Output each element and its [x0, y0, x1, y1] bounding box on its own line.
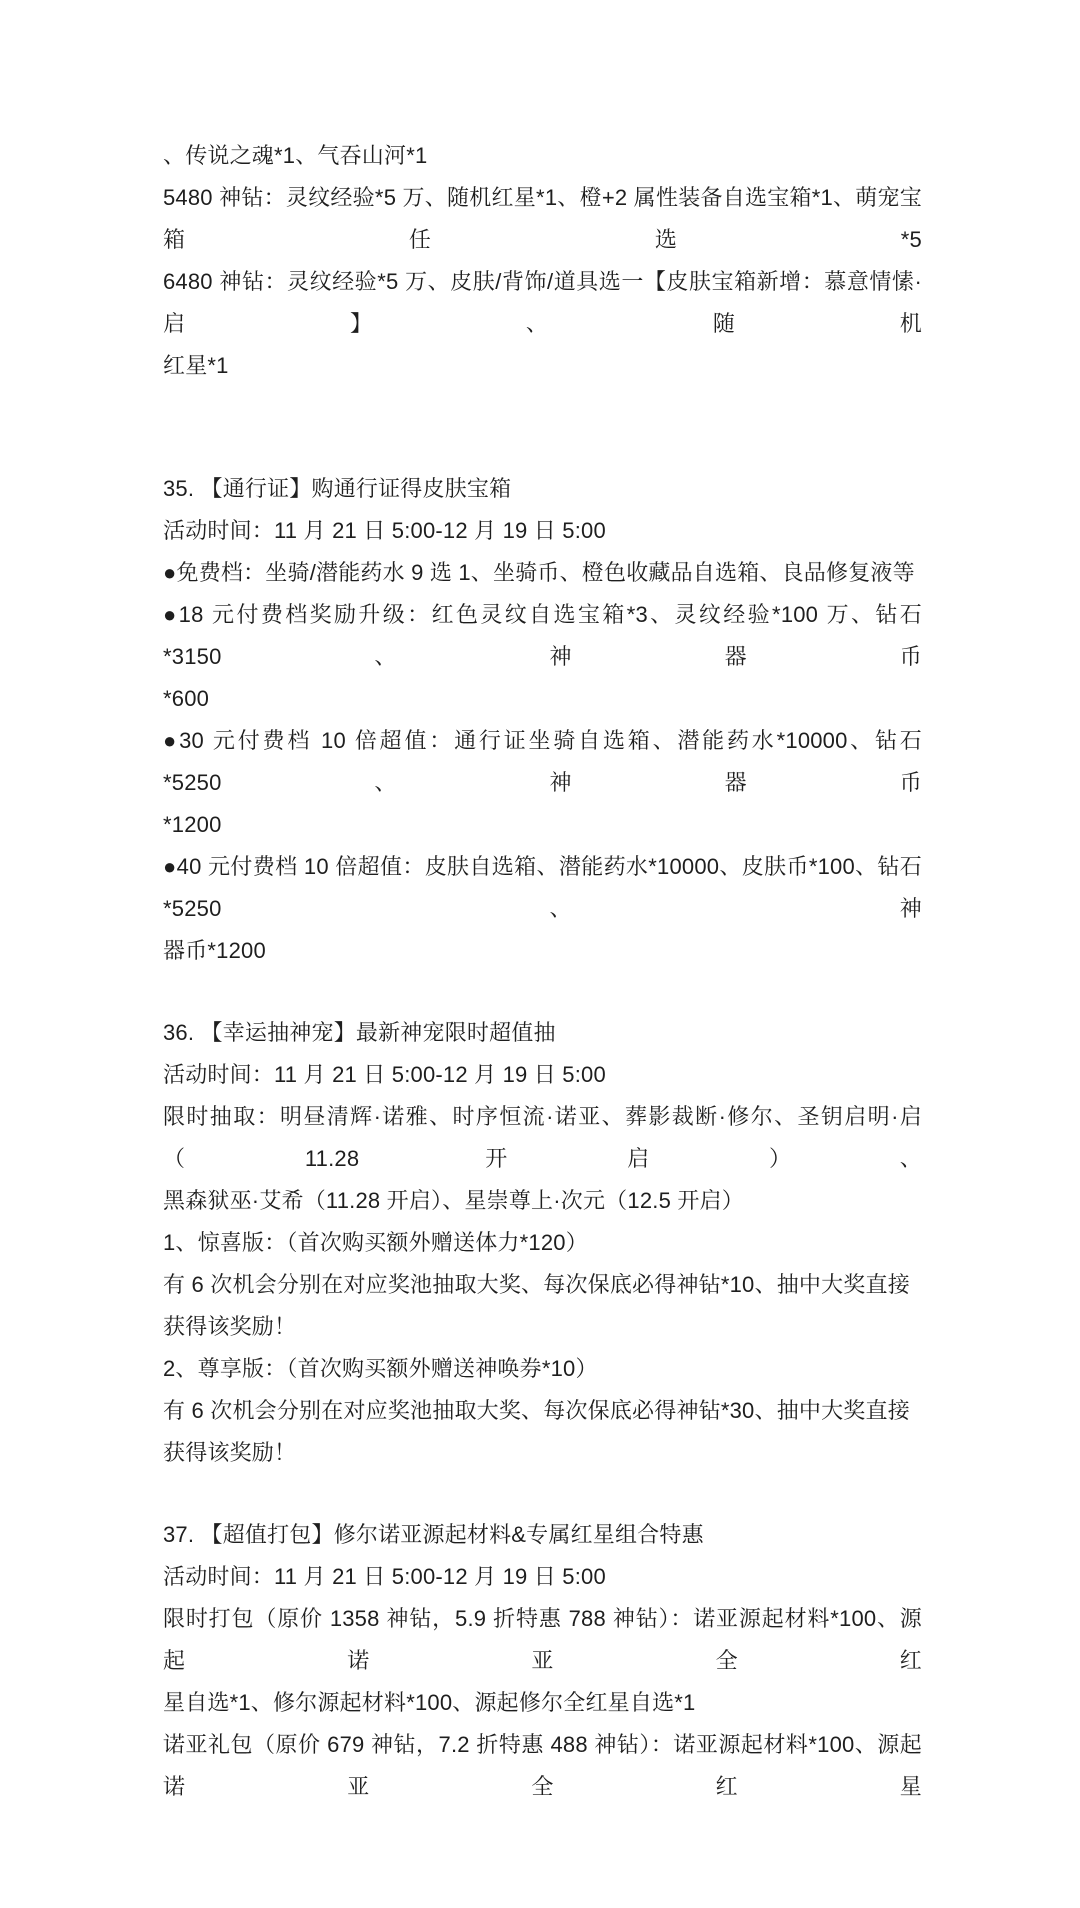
section-36-heading: 36. 【幸运抽神宠】最新神宠限时超值抽: [163, 1012, 922, 1054]
limited-draw-wrap: 黑森狱巫·艾希（11.28 开启）、星崇尊上·次元（12.5 开启）: [163, 1180, 922, 1222]
premium-edition-line: 2、尊享版：（首次购买额外赠送神唤券*10）: [163, 1348, 922, 1390]
premium-edition-detail: 有 6 次机会分别在对应奖池抽取大奖、每次保底必得神钻*30、抽中大奖直接获得该…: [163, 1390, 922, 1474]
free-tier-line: ●免费档：坐骑/潜能药水 9 选 1、坐骑币、橙色收藏品自选箱、良品修复液等: [163, 552, 922, 594]
paid-tier-18-line: ●18 元付费档奖励升级：红色灵纹自选宝箱*3、灵纹经验*100 万、钻石*31…: [163, 594, 922, 678]
paid-tier-30-line: ●30 元付费档 10 倍超值：通行证坐骑自选箱、潜能药水*10000、钻石*5…: [163, 720, 922, 804]
noah-pack-line: 诺亚礼包（原价 679 神钻，7.2 折特惠 488 神钻）：诺亚源起材料*10…: [163, 1724, 922, 1808]
section-35-heading: 35. 【通行证】购通行证得皮肤宝箱: [163, 468, 922, 510]
paid-tier-40-wrap: 器币*1200: [163, 930, 922, 972]
section-36-activity-time: 活动时间：11 月 21 日 5:00-12 月 19 日 5:00: [163, 1054, 922, 1096]
section-37-heading: 37. 【超值打包】修尔诺亚源起材料&专属红星组合特惠: [163, 1514, 922, 1556]
limited-bundle-line: 限时打包（原价 1358 神钻，5.9 折特惠 788 神钻）：诺亚源起材料*1…: [163, 1598, 922, 1682]
reward-line-6480: 6480 神钻：灵纹经验*5 万、皮肤/背饰/道具选一【皮肤宝箱新增：慕意情愫·…: [163, 261, 922, 345]
section-35: 35. 【通行证】购通行证得皮肤宝箱 活动时间：11 月 21 日 5:00-1…: [163, 468, 922, 972]
section-36: 36. 【幸运抽神宠】最新神宠限时超值抽 活动时间：11 月 21 日 5:00…: [163, 1012, 922, 1474]
section-37: 37. 【超值打包】修尔诺亚源起材料&专属红星组合特惠 活动时间：11 月 21…: [163, 1514, 922, 1808]
carryover-intro-section: 、传说之魂*1、气吞山河*1 5480 神钻：灵纹经验*5 万、随机红星*1、橙…: [163, 135, 922, 387]
reward-line-wrap: 红星*1: [163, 345, 922, 387]
surprise-edition-line: 1、惊喜版：（首次购买额外赠送体力*120）: [163, 1222, 922, 1264]
paid-tier-18-wrap: *600: [163, 678, 922, 720]
limited-draw-line: 限时抽取：明昼清辉·诺雅、时序恒流·诺亚、葬影裁断·修尔、圣钥启明·启（11.2…: [163, 1096, 922, 1180]
reward-line-5480: 5480 神钻：灵纹经验*5 万、随机红星*1、橙+2 属性装备自选宝箱*1、萌…: [163, 177, 922, 261]
document-page: 、传说之魂*1、气吞山河*1 5480 神钻：灵纹经验*5 万、随机红星*1、橙…: [0, 0, 1080, 1908]
section-37-activity-time: 活动时间：11 月 21 日 5:00-12 月 19 日 5:00: [163, 1556, 922, 1598]
carryover-line: 、传说之魂*1、气吞山河*1: [163, 135, 922, 177]
paid-tier-40-line: ●40 元付费档 10 倍超值：皮肤自选箱、潜能药水*10000、皮肤币*100…: [163, 846, 922, 930]
paid-tier-30-wrap: *1200: [163, 804, 922, 846]
surprise-edition-detail: 有 6 次机会分别在对应奖池抽取大奖、每次保底必得神钻*10、抽中大奖直接获得该…: [163, 1264, 922, 1348]
limited-bundle-wrap: 星自选*1、修尔源起材料*100、源起修尔全红星自选*1: [163, 1682, 922, 1724]
section-35-activity-time: 活动时间：11 月 21 日 5:00-12 月 19 日 5:00: [163, 510, 922, 552]
